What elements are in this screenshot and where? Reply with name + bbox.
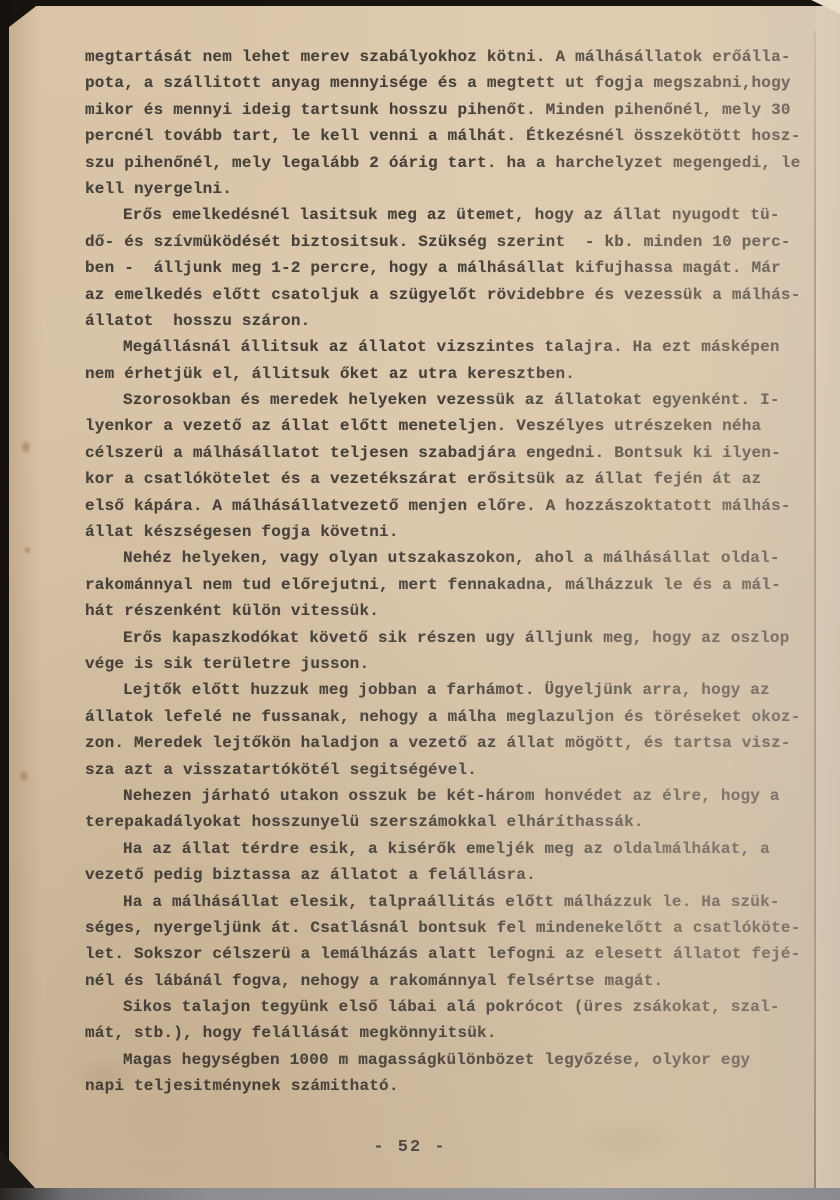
paper-right-strip [816, 5, 840, 1190]
paragraph: Erős emelkedésnél lasitsuk meg az ütemet… [85, 202, 785, 334]
text-line: dő- és szívmüködését biztositsuk. Szüksé… [85, 229, 785, 255]
text-line: kor a csatlókötelet és a vezetékszárat e… [85, 466, 785, 492]
text-line: lyenkor a vezető az állat előtt menetelj… [85, 413, 785, 439]
paragraph: Szorosokban és meredek helyeken vezessük… [85, 387, 785, 545]
paragraph: Nehéz helyeken, vagy olyan utszakaszokon… [85, 545, 785, 624]
text-line: első kápára. A málhásállatvezető menjen … [85, 493, 785, 519]
paragraph: Ha a málhásállat elesik, talpraállitás e… [85, 889, 785, 995]
paragraph: Magas hegységben 1000 m magasságkülönböz… [85, 1047, 785, 1100]
text-line: rakománnyal nem tud előrejutni, mert fen… [85, 572, 785, 598]
text-line: az emelkedés előtt csatoljuk a szügyelőt… [85, 282, 785, 308]
text-line: Megállásnál állitsuk az állatot vizszint… [85, 334, 785, 360]
text-line: terepakadályokat hosszunyelü szerszámokk… [85, 809, 785, 835]
typewritten-text: megtartását nem lehet merev szabályokhoz… [85, 44, 785, 1100]
text-line: Ha az állat térdre esik, a kisérők emelj… [85, 836, 785, 862]
scan-edge-top [0, 0, 840, 6]
text-line: kell nyergelni. [85, 176, 785, 202]
text-line: Lejtők előtt huzzuk meg jobban a farhámo… [85, 677, 785, 703]
paragraph: Sikos talajon tegyünk első lábai alá pok… [85, 994, 785, 1047]
text-line: Szorosokban és meredek helyeken vezessük… [85, 387, 785, 413]
text-line: séges, nyergeljünk át. Csatlásnál bontsu… [85, 915, 785, 941]
paper-stain [23, 545, 32, 555]
paragraph: Erős kapaszkodókat követő sik részen ugy… [85, 625, 785, 678]
text-line: vége is sik területre jusson. [85, 651, 785, 677]
page-number: - 52 - [85, 1138, 735, 1157]
text-line: nél és lábánál fogva, nehogy a rakománny… [85, 968, 785, 994]
text-line: zon. Meredek lejtőkön haladjon a vezető … [85, 730, 785, 756]
paper-stain [20, 439, 32, 455]
text-line: Nehezen járható utakon osszuk be két-hár… [85, 783, 785, 809]
text-line: szu pihenőnél, mely legalább 2 óárig tar… [85, 150, 785, 176]
paragraph: Lejtők előtt huzzuk meg jobban a farhámo… [85, 677, 785, 783]
text-line: pota, a szállitott anyag mennyisége és a… [85, 70, 785, 96]
text-line: vezető pedig biztassa az állatot a felál… [85, 862, 785, 888]
text-line: Nehéz helyeken, vagy olyan utszakaszokon… [85, 545, 785, 571]
text-line: sza azt a visszatartókötél segitségével. [85, 757, 785, 783]
text-line: nem érhetjük el, állitsuk őket az utra k… [85, 361, 785, 387]
text-line: célszerü a málhásállatot teljesen szabad… [85, 440, 785, 466]
paragraph: Megállásnál állitsuk az állatot vizszint… [85, 334, 785, 387]
text-line: megtartását nem lehet merev szabályokhoz… [85, 44, 785, 70]
text-line: Erős kapaszkodókat követő sik részen ugy… [85, 625, 785, 651]
text-line: állatok lefelé ne fussanak, nehogy a mál… [85, 704, 785, 730]
text-line: Erős emelkedésnél lasitsuk meg az ütemet… [85, 202, 785, 228]
text-line: mát, stb.), hogy felállását megkönnyitsü… [85, 1020, 785, 1046]
paragraph: Ha az állat térdre esik, a kisérők emelj… [85, 836, 785, 889]
paper-left-edge-shade [8, 5, 42, 1190]
text-line: let. Sokszor célszerü a lemálházás alatt… [85, 941, 785, 967]
text-line: napi teljesitménynek számitható. [85, 1073, 785, 1099]
text-line: állatot hosszu száron. [85, 308, 785, 334]
text-line: percnél tovább tart, le kell venni a mál… [85, 123, 785, 149]
paragraph: megtartását nem lehet merev szabályokhoz… [85, 44, 785, 202]
scan-edge-bottom [0, 1188, 840, 1200]
scan-edge-left [0, 0, 9, 1200]
paper-stain [18, 769, 30, 783]
text-line: mikor és mennyi ideig tartsunk hosszu pi… [85, 97, 785, 123]
text-line: Sikos talajon tegyünk első lábai alá pok… [85, 994, 785, 1020]
text-line: ben - álljunk meg 1-2 percre, hogy a mál… [85, 255, 785, 281]
text-line: hát részenként külön vitessük. [85, 598, 785, 624]
text-line: Ha a málhásállat elesik, talpraállitás e… [85, 889, 785, 915]
text-line: Magas hegységben 1000 m magasságkülönböz… [85, 1047, 785, 1073]
paragraph: Nehezen járható utakon osszuk be két-hár… [85, 783, 785, 836]
text-line: állat készségesen fogja követni. [85, 519, 785, 545]
